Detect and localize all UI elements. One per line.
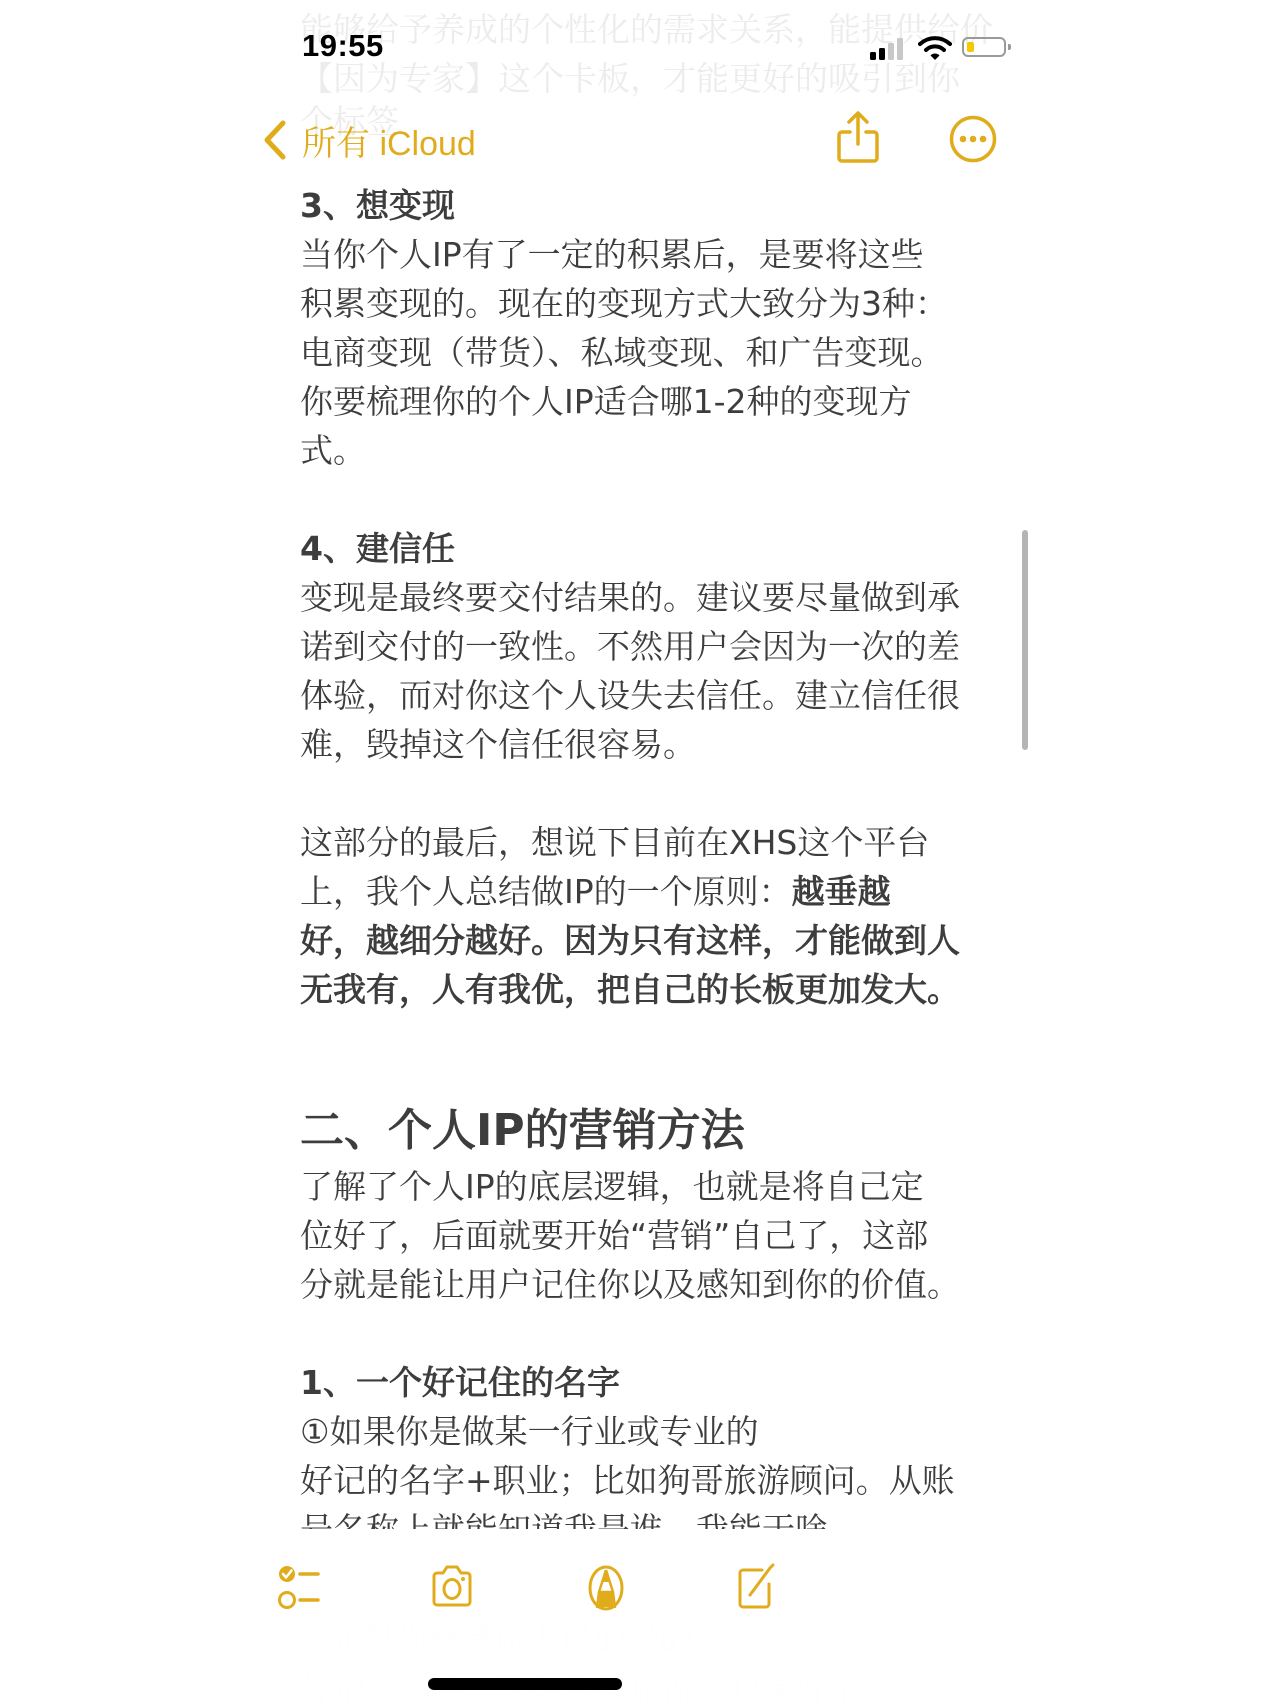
back-button[interactable]: 所有 iCloud — [262, 118, 476, 162]
body-line: 位好了，后面就要开始“营销”自己了，这部 — [300, 1211, 1000, 1260]
battery-level — [967, 42, 974, 52]
section-heading: 1、一个好记住的名字 — [300, 1358, 1000, 1407]
part-heading: 二、个人IP的营销方法 — [300, 1100, 1000, 1162]
markup-icon[interactable] — [586, 1562, 626, 1612]
bold-text: 越垂越 — [792, 872, 891, 911]
body-line: 这部分的最后，想说下目前在XHS这个平台 — [300, 818, 1000, 867]
blank-line — [300, 1309, 1000, 1358]
body-line: ①如果你是做某一行业或专业的 — [300, 1407, 1000, 1456]
body-text: 上，我个人总结做IP的一个原则： — [300, 872, 792, 911]
body-line-partial: 号名称上就能知道我是谁，我能干啥 — [300, 1505, 1000, 1529]
body-line: 诺到交付的一致性。不然用户会因为一次的差 — [300, 622, 1000, 671]
body-line-bold: 无我有，人有我优，把自己的长板更加发大。 — [300, 965, 1000, 1014]
body-line: 变现是最终要交付结果的。建议要尽量做到承 — [300, 573, 1000, 622]
bold-text: 好，越细分越好。因为只有这样，才能做到人 — [300, 921, 960, 960]
wifi-icon — [918, 35, 952, 61]
section-heading: 3、想变现 — [300, 181, 1000, 230]
ghost-text-top-2: 【因为专家】这个卡板，才能更好的吸引到你 — [300, 53, 960, 100]
spacer — [300, 1088, 1000, 1100]
bold-text: 无我有，人有我优，把自己的长板更加发大。 — [300, 970, 960, 1009]
checklist-icon[interactable] — [278, 1562, 322, 1614]
body-line: 你要梳理你的个人IP适合哪1-2种的变现方 — [300, 377, 1000, 426]
ellipsis-circle-icon[interactable] — [948, 114, 998, 164]
body-line: 体验，而对你这个人设失去信任。建立信任很 — [300, 671, 1000, 720]
body-line-mixed: 上，我个人总结做IP的一个原则：越垂越 — [300, 867, 1000, 916]
home-indicator[interactable] — [428, 1678, 622, 1690]
compose-icon[interactable] — [736, 1562, 776, 1610]
battery-nub — [1008, 44, 1011, 50]
back-label: 所有 iCloud — [302, 116, 476, 165]
blank-line — [300, 1014, 1000, 1088]
note-body[interactable]: 3、想变现 当你个人IP有了一定的积累后，是要将这些 积累变现的。现在的变现方式… — [300, 181, 1000, 1529]
blank-line — [300, 475, 1000, 524]
body-line: 难，毁掉这个信任很容易。 — [300, 720, 1000, 769]
battery-icon — [962, 37, 1006, 57]
camera-icon[interactable] — [430, 1562, 474, 1610]
chevron-left-icon — [262, 119, 288, 161]
share-icon[interactable] — [836, 110, 880, 164]
body-line: 分就是能让用户记住你以及感知到你的价值。 — [300, 1260, 1000, 1309]
scrollbar[interactable] — [1022, 530, 1028, 750]
body-line: 电商变现（带货）、私域变现、和广告变现。 — [300, 328, 1000, 377]
body-line: 了解了个人IP的底层逻辑，也就是将自己定 — [300, 1162, 1000, 1211]
status-time: 19:55 — [302, 28, 384, 64]
body-line: 式。 — [300, 426, 1000, 475]
body-line: 当你个人IP有了一定的积累后，是要将这些 — [300, 230, 1000, 279]
body-line: 好记的名字+职业；比如狗哥旅游顾问。从账 — [300, 1456, 1000, 1505]
cellular-signal-icon — [870, 38, 906, 60]
body-line-bold: 好，越细分越好。因为只有这样，才能做到人 — [300, 916, 1000, 965]
bottom-toolbar — [0, 1552, 1280, 1706]
section-heading: 4、建信任 — [300, 524, 1000, 573]
body-line: 积累变现的。现在的变现方式大致分为3种： — [300, 279, 1000, 328]
blank-line — [300, 769, 1000, 818]
